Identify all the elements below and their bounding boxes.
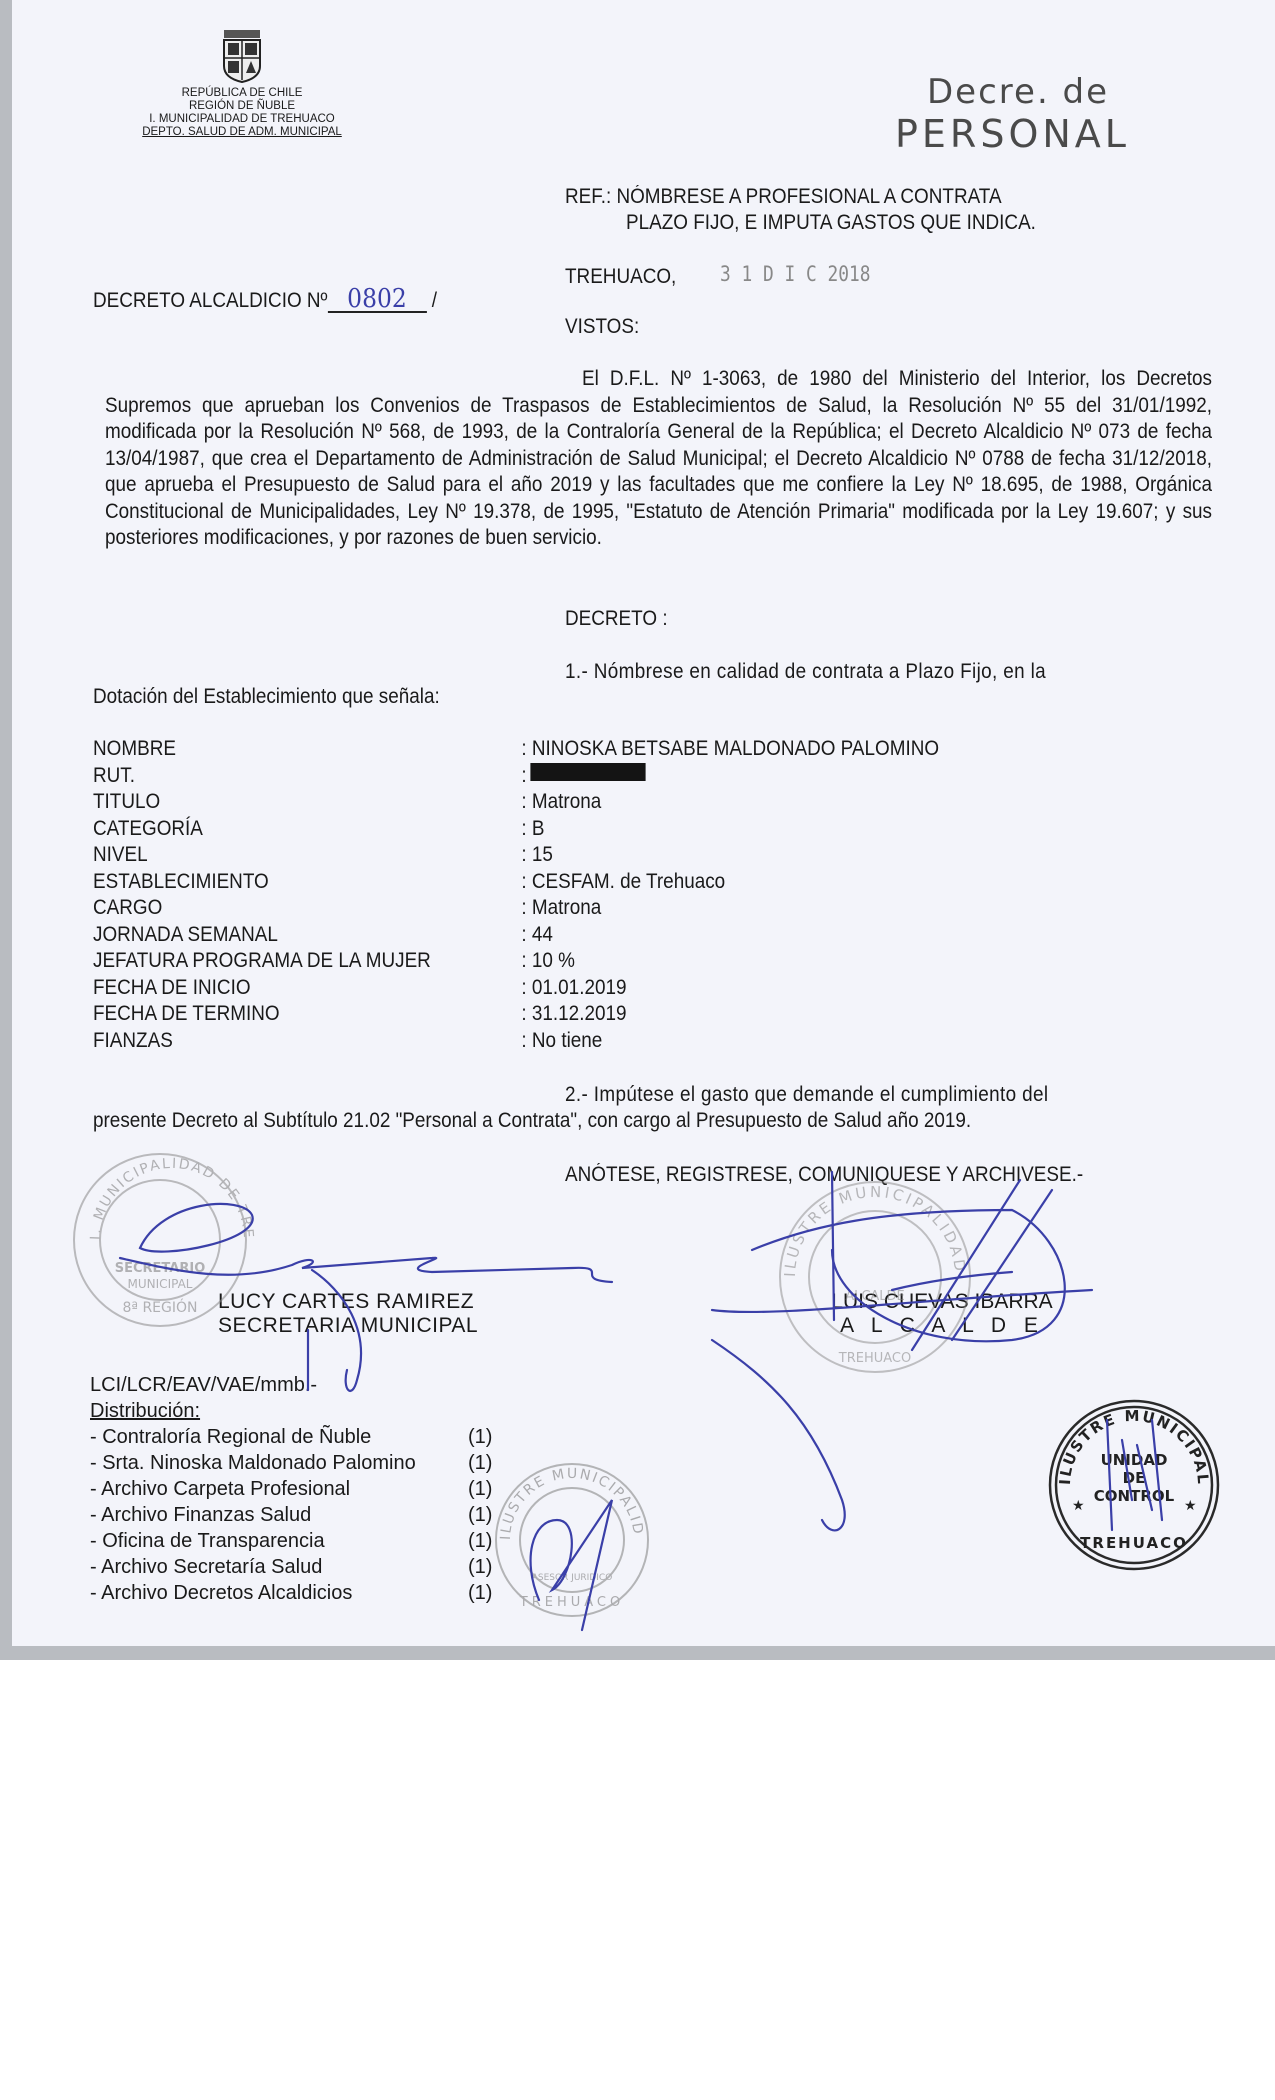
field-row: NOMBRE: NINOSKA BETSABE MALDONADO PALOMI…: [93, 736, 939, 763]
distribution-count: (1): [468, 1528, 492, 1554]
ref-line-2: PLAZO FIJO, E IMPUTA GASTOS QUE INDICA.: [626, 210, 1036, 237]
svg-text:MUNICIPAL: MUNICIPAL: [128, 1277, 193, 1291]
distribution-recipient: - Srta. Ninoska Maldonado Palomino: [90, 1450, 468, 1476]
mayor-seal: ILUSTRE MUNICIPALIDAD ALCALDE TREHUACO: [780, 1182, 970, 1372]
ref-line-1: REF.: NÓMBRESE A PROFESIONAL A CONTRATA: [565, 184, 1002, 211]
letterhead-line: REGIÓN DE ÑUBLE: [142, 100, 342, 113]
svg-text:UNIDAD: UNIDAD: [1101, 1451, 1168, 1469]
decreto-heading: DECRETO :: [565, 606, 668, 633]
svg-text:DE: DE: [1123, 1469, 1146, 1487]
field-label: ESTABLECIMIENTO: [93, 869, 521, 896]
distribution-count: (1): [468, 1502, 492, 1528]
redacted-rut: [530, 763, 645, 781]
field-row: JEFATURA PROGRAMA DE LA MUJER: 10 %: [93, 948, 939, 975]
field-label: CARGO: [93, 895, 521, 922]
distribution-recipient: - Archivo Decretos Alcaldicios: [90, 1580, 468, 1606]
field-value: : NINOSKA BETSABE MALDONADO PALOMINO: [521, 736, 939, 763]
field-row: ESTABLECIMIENTO: CESFAM. de Trehuaco: [93, 869, 939, 896]
distribution-recipient: - Archivo Finanzas Salud: [90, 1502, 468, 1528]
svg-text:★: ★: [1184, 1497, 1197, 1513]
svg-text:TREHUACO: TREHUACO: [1080, 1534, 1188, 1552]
distribution-item: - Contraloría Regional de Ñuble(1): [90, 1424, 492, 1450]
decree-number-row: DECRETO ALCALDICIO Nº0802 /: [93, 287, 437, 315]
document-page: REPÚBLICA DE CHILE REGIÓN DE ÑUBLE I. MU…: [12, 0, 1275, 1646]
field-label: RUT.: [93, 763, 521, 790]
svg-text:ASESOR JURIDICO: ASESOR JURIDICO: [532, 1573, 613, 1583]
field-value: : Matrona: [521, 789, 601, 816]
field-value: :: [521, 763, 526, 790]
field-label: NOMBRE: [93, 736, 521, 763]
decree-slash: /: [432, 289, 437, 312]
mayor-name: LUIS CUEVAS IBARRA: [812, 1290, 1072, 1314]
distribution-item: - Archivo Carpeta Profesional(1): [90, 1476, 492, 1502]
svg-text:SECRETARIO: SECRETARIO: [115, 1261, 206, 1276]
letterhead-line: I. MUNICIPALIDAD DE TREHUACO: [142, 113, 342, 126]
stamp-decree-type-line1: Decre. de: [927, 72, 1109, 112]
letterhead-dept: DEPTO. SALUD DE ADM. MUNICIPAL: [142, 126, 342, 139]
field-label: CATEGORÍA: [93, 816, 521, 843]
field-row: FIANZAS: No tiene: [93, 1028, 939, 1055]
field-value: : Matrona: [521, 895, 601, 922]
distribution-count: (1): [468, 1476, 492, 1502]
decreto-item2-line1: 2.- Impútese el gasto que demande el cum…: [565, 1082, 1048, 1109]
distribution-block: LCI/LCR/EAV/VAE/mmb.- Distribución: - Co…: [90, 1372, 492, 1606]
distribution-item: - Oficina de Transparencia(1): [90, 1528, 492, 1554]
field-value: : 15: [521, 842, 553, 869]
letterhead-line: REPÚBLICA DE CHILE: [142, 87, 342, 100]
field-value: : 10 %: [521, 948, 575, 975]
distribution-recipient: - Oficina de Transparencia: [90, 1528, 468, 1554]
field-value: : No tiene: [521, 1028, 602, 1055]
secretary-title: SECRETARIA MUNICIPAL: [218, 1314, 478, 1338]
distribution-heading: Distribución:: [90, 1398, 492, 1424]
distribution-item: - Archivo Decretos Alcaldicios(1): [90, 1580, 492, 1606]
field-label: JORNADA SEMANAL: [93, 922, 521, 949]
secretary-name: LUCY CARTES RAMIREZ: [218, 1290, 478, 1314]
field-label: FIANZAS: [93, 1028, 521, 1055]
decreto-item2-line2: presente Decreto al Subtítulo 21.02 "Per…: [93, 1108, 971, 1135]
place-label: TREHUACO,: [565, 264, 676, 291]
field-row: CATEGORÍA: B: [93, 816, 939, 843]
field-value: : B: [521, 816, 544, 843]
distribution-count: (1): [468, 1450, 492, 1476]
svg-text:CONTROL: CONTROL: [1094, 1487, 1175, 1505]
field-row: TITULO: Matrona: [93, 789, 939, 816]
field-label: TITULO: [93, 789, 521, 816]
field-value: : 44: [521, 922, 553, 949]
vistos-text: El D.F.L. Nº 1-3063, de 1980 del Ministe…: [105, 366, 1212, 552]
field-row: JORNADA SEMANAL: 44: [93, 922, 939, 949]
distribution-item: - Archivo Secretaría Salud(1): [90, 1554, 492, 1580]
closing-formula: ANÓTESE, REGISTRESE, COMUNIQUESE Y ARCHI…: [565, 1162, 1083, 1189]
mayor-title: A L C A L D E: [812, 1314, 1072, 1338]
field-label: NIVEL: [93, 842, 521, 869]
svg-text:I. MUNICIPALIDAD DE TREHUACO: I. MUNICIPALIDAD DE TREHUACO: [12, 0, 256, 1240]
decree-label: DECRETO ALCALDICIO Nº: [93, 289, 327, 312]
date-stamp: 3 1 D I C 2018: [720, 262, 870, 286]
field-value: : CESFAM. de Trehuaco: [521, 869, 725, 896]
distribution-count: (1): [468, 1554, 492, 1580]
field-row: CARGO: Matrona: [93, 895, 939, 922]
distribution-recipient: - Archivo Secretaría Salud: [90, 1554, 468, 1580]
stamp-decree-type-line2: PERSONAL: [895, 112, 1130, 156]
svg-text:★: ★: [1072, 1497, 1085, 1513]
field-row: RUT.:: [93, 763, 939, 790]
field-label: FECHA DE INICIO: [93, 975, 521, 1002]
field-value: : 31.12.2019: [521, 1001, 626, 1028]
distribution-count: (1): [468, 1580, 492, 1606]
field-row: NIVEL: 15: [93, 842, 939, 869]
appointment-fields: NOMBRE: NINOSKA BETSABE MALDONADO PALOMI…: [93, 736, 939, 1054]
svg-text:8ª REGIÓN: 8ª REGIÓN: [123, 1298, 198, 1316]
svg-text:TREHUACO: TREHUACO: [519, 1595, 624, 1610]
letterhead: REPÚBLICA DE CHILE REGIÓN DE ÑUBLE I. MU…: [142, 28, 342, 139]
svg-text:TREHUACO: TREHUACO: [838, 1351, 911, 1366]
distribution-recipient: - Contraloría Regional de Ñuble: [90, 1424, 468, 1450]
mayor-block: LUIS CUEVAS IBARRA A L C A L D E: [812, 1290, 1072, 1338]
field-row: FECHA DE TERMINO: 31.12.2019: [93, 1001, 939, 1028]
svg-text:ILUSTRE MUNICIPALIDAD: ILUSTRE MUNICIPALIDAD: [781, 1183, 969, 1277]
distribution-item: - Srta. Ninoska Maldonado Palomino(1): [90, 1450, 492, 1476]
secretary-block: LUCY CARTES RAMIREZ SECRETARIA MUNICIPAL: [218, 1290, 478, 1338]
distribution-item: - Archivo Finanzas Salud(1): [90, 1502, 492, 1528]
field-label: FECHA DE TERMINO: [93, 1001, 521, 1028]
decree-number-handwritten: 0802: [327, 287, 426, 313]
field-label: JEFATURA PROGRAMA DE LA MUJER: [93, 948, 521, 975]
distribution-count: (1): [468, 1424, 492, 1450]
field-row: FECHA DE INICIO : 01.01.2019: [93, 975, 939, 1002]
decreto-item1-line2: Dotación del Establecimiento que señala:: [93, 684, 440, 711]
decreto-item1-line1: 1.- Nómbrese en calidad de contrata a Pl…: [565, 659, 1046, 686]
coat-of-arms-icon: [218, 28, 266, 84]
initials: LCI/LCR/EAV/VAE/mmb.-: [90, 1372, 492, 1398]
vistos-paragraph: El D.F.L. Nº 1-3063, de 1980 del Ministe…: [105, 366, 1212, 552]
distribution-recipient: - Archivo Carpeta Profesional: [90, 1476, 468, 1502]
vistos-heading: VISTOS:: [565, 314, 639, 341]
distribution-list: - Contraloría Regional de Ñuble(1)- Srta…: [90, 1424, 492, 1606]
field-value: : 01.01.2019: [521, 975, 626, 1002]
